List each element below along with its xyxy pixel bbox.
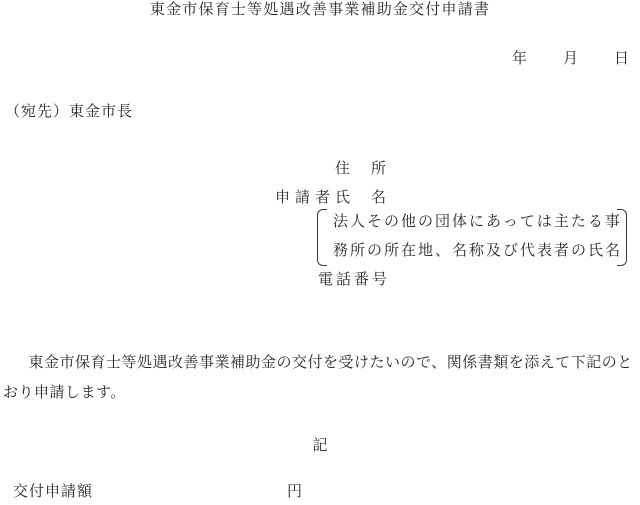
day-label: 日 [614, 51, 629, 68]
corporate-note-bracket-left [317, 209, 327, 266]
document-page: 東金市保育士等処遇改善事業補助金交付申請書 年 月 日 （宛先）東金市長 住 所… [0, 0, 640, 505]
corporate-note-bracket-right [617, 209, 627, 266]
date-line: 年 月 日 [512, 51, 629, 68]
month-label: 月 [563, 51, 578, 68]
addressee-line: （宛先）東金市長 [5, 104, 133, 121]
corporate-note-line2: 務所の所在地、名称及び代表者の氏名 [333, 243, 622, 260]
phone-label: 電話番号 [318, 272, 390, 289]
body-paragraph-line2: おり申請します。 [3, 385, 126, 402]
year-label: 年 [512, 51, 527, 68]
amount-unit-label: 円 [287, 484, 302, 501]
name-label: 氏 名 [335, 190, 389, 207]
form-title: 東金市保育士等処遇改善事業補助金交付申請書 [0, 2, 640, 19]
body-paragraph-line1: 東金市保育士等処遇改善事業補助金の交付を受けたいので、関係書類を添えて下記のと [13, 355, 633, 372]
address-label: 住 所 [335, 161, 389, 178]
amount-label: 交付申請額 [13, 484, 93, 501]
corporate-note-line1: 法人その他の団体にあっては主たる事 [333, 214, 622, 231]
applicant-label: 申請者 [275, 190, 335, 207]
section-marker: 記 [0, 438, 640, 455]
